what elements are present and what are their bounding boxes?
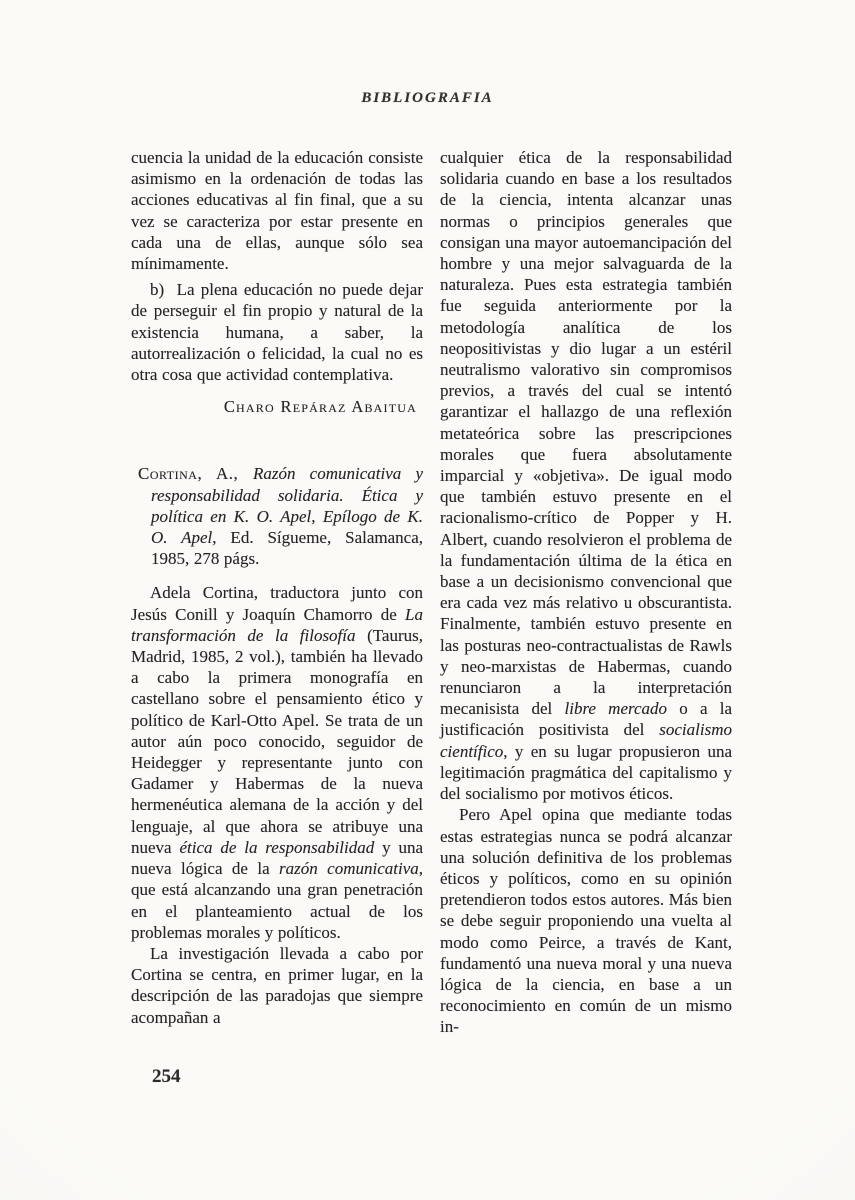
scanned-book-page: BIBLIOGRAFIA cuencia la unidad de la edu… <box>0 0 855 1200</box>
running-head-title: BIBLIOGRAFIA <box>0 90 855 107</box>
text-segment: Cortina, A., <box>138 464 253 483</box>
text-segment: (Taurus, Madrid, 1985, 2 vol.), también … <box>131 626 423 857</box>
text-segment: cuencia la unidad de la educación consis… <box>131 148 423 273</box>
text-segment: Charo Repáraz Abaitua <box>224 397 417 416</box>
text-segment: Adela Cortina, traductora junto con Jesú… <box>131 583 423 623</box>
paragraph: Adela Cortina, traductora junto con Jesú… <box>131 582 423 942</box>
text-segment: libre mercado <box>565 699 668 718</box>
left-column: cuencia la unidad de la educación consis… <box>131 147 423 1038</box>
paragraph: cualquier ética de la responsabilidad so… <box>440 147 732 804</box>
text-segment: ética de la responsabilidad <box>179 838 374 857</box>
paragraph: Cortina, A., Razón comunicativa y respon… <box>131 463 423 569</box>
paragraph: Charo Repáraz Abaitua <box>131 396 423 417</box>
paragraph: b) La plena educación no puede dejar de … <box>131 279 423 385</box>
text-segment: razón comunicativa <box>279 859 419 878</box>
paragraph: Pero Apel opina que mediante todas estas… <box>440 804 732 1037</box>
text-segment: Pero Apel opina que mediante todas estas… <box>440 805 732 1036</box>
right-column: cualquier ética de la responsabilidad so… <box>440 147 732 1038</box>
paragraph: La investigación llevada a cabo por Cort… <box>131 943 423 1028</box>
page-number: 254 <box>152 1066 181 1088</box>
text-segment: La investigación llevada a cabo por Cort… <box>131 944 423 1027</box>
text-segment: cualquier ética de la responsabilidad so… <box>440 148 732 718</box>
paragraph: cuencia la unidad de la educación consis… <box>131 147 423 274</box>
text-columns: cuencia la unidad de la educación consis… <box>131 147 732 1038</box>
text-segment: b) La plena educación no puede dejar de … <box>131 280 423 384</box>
